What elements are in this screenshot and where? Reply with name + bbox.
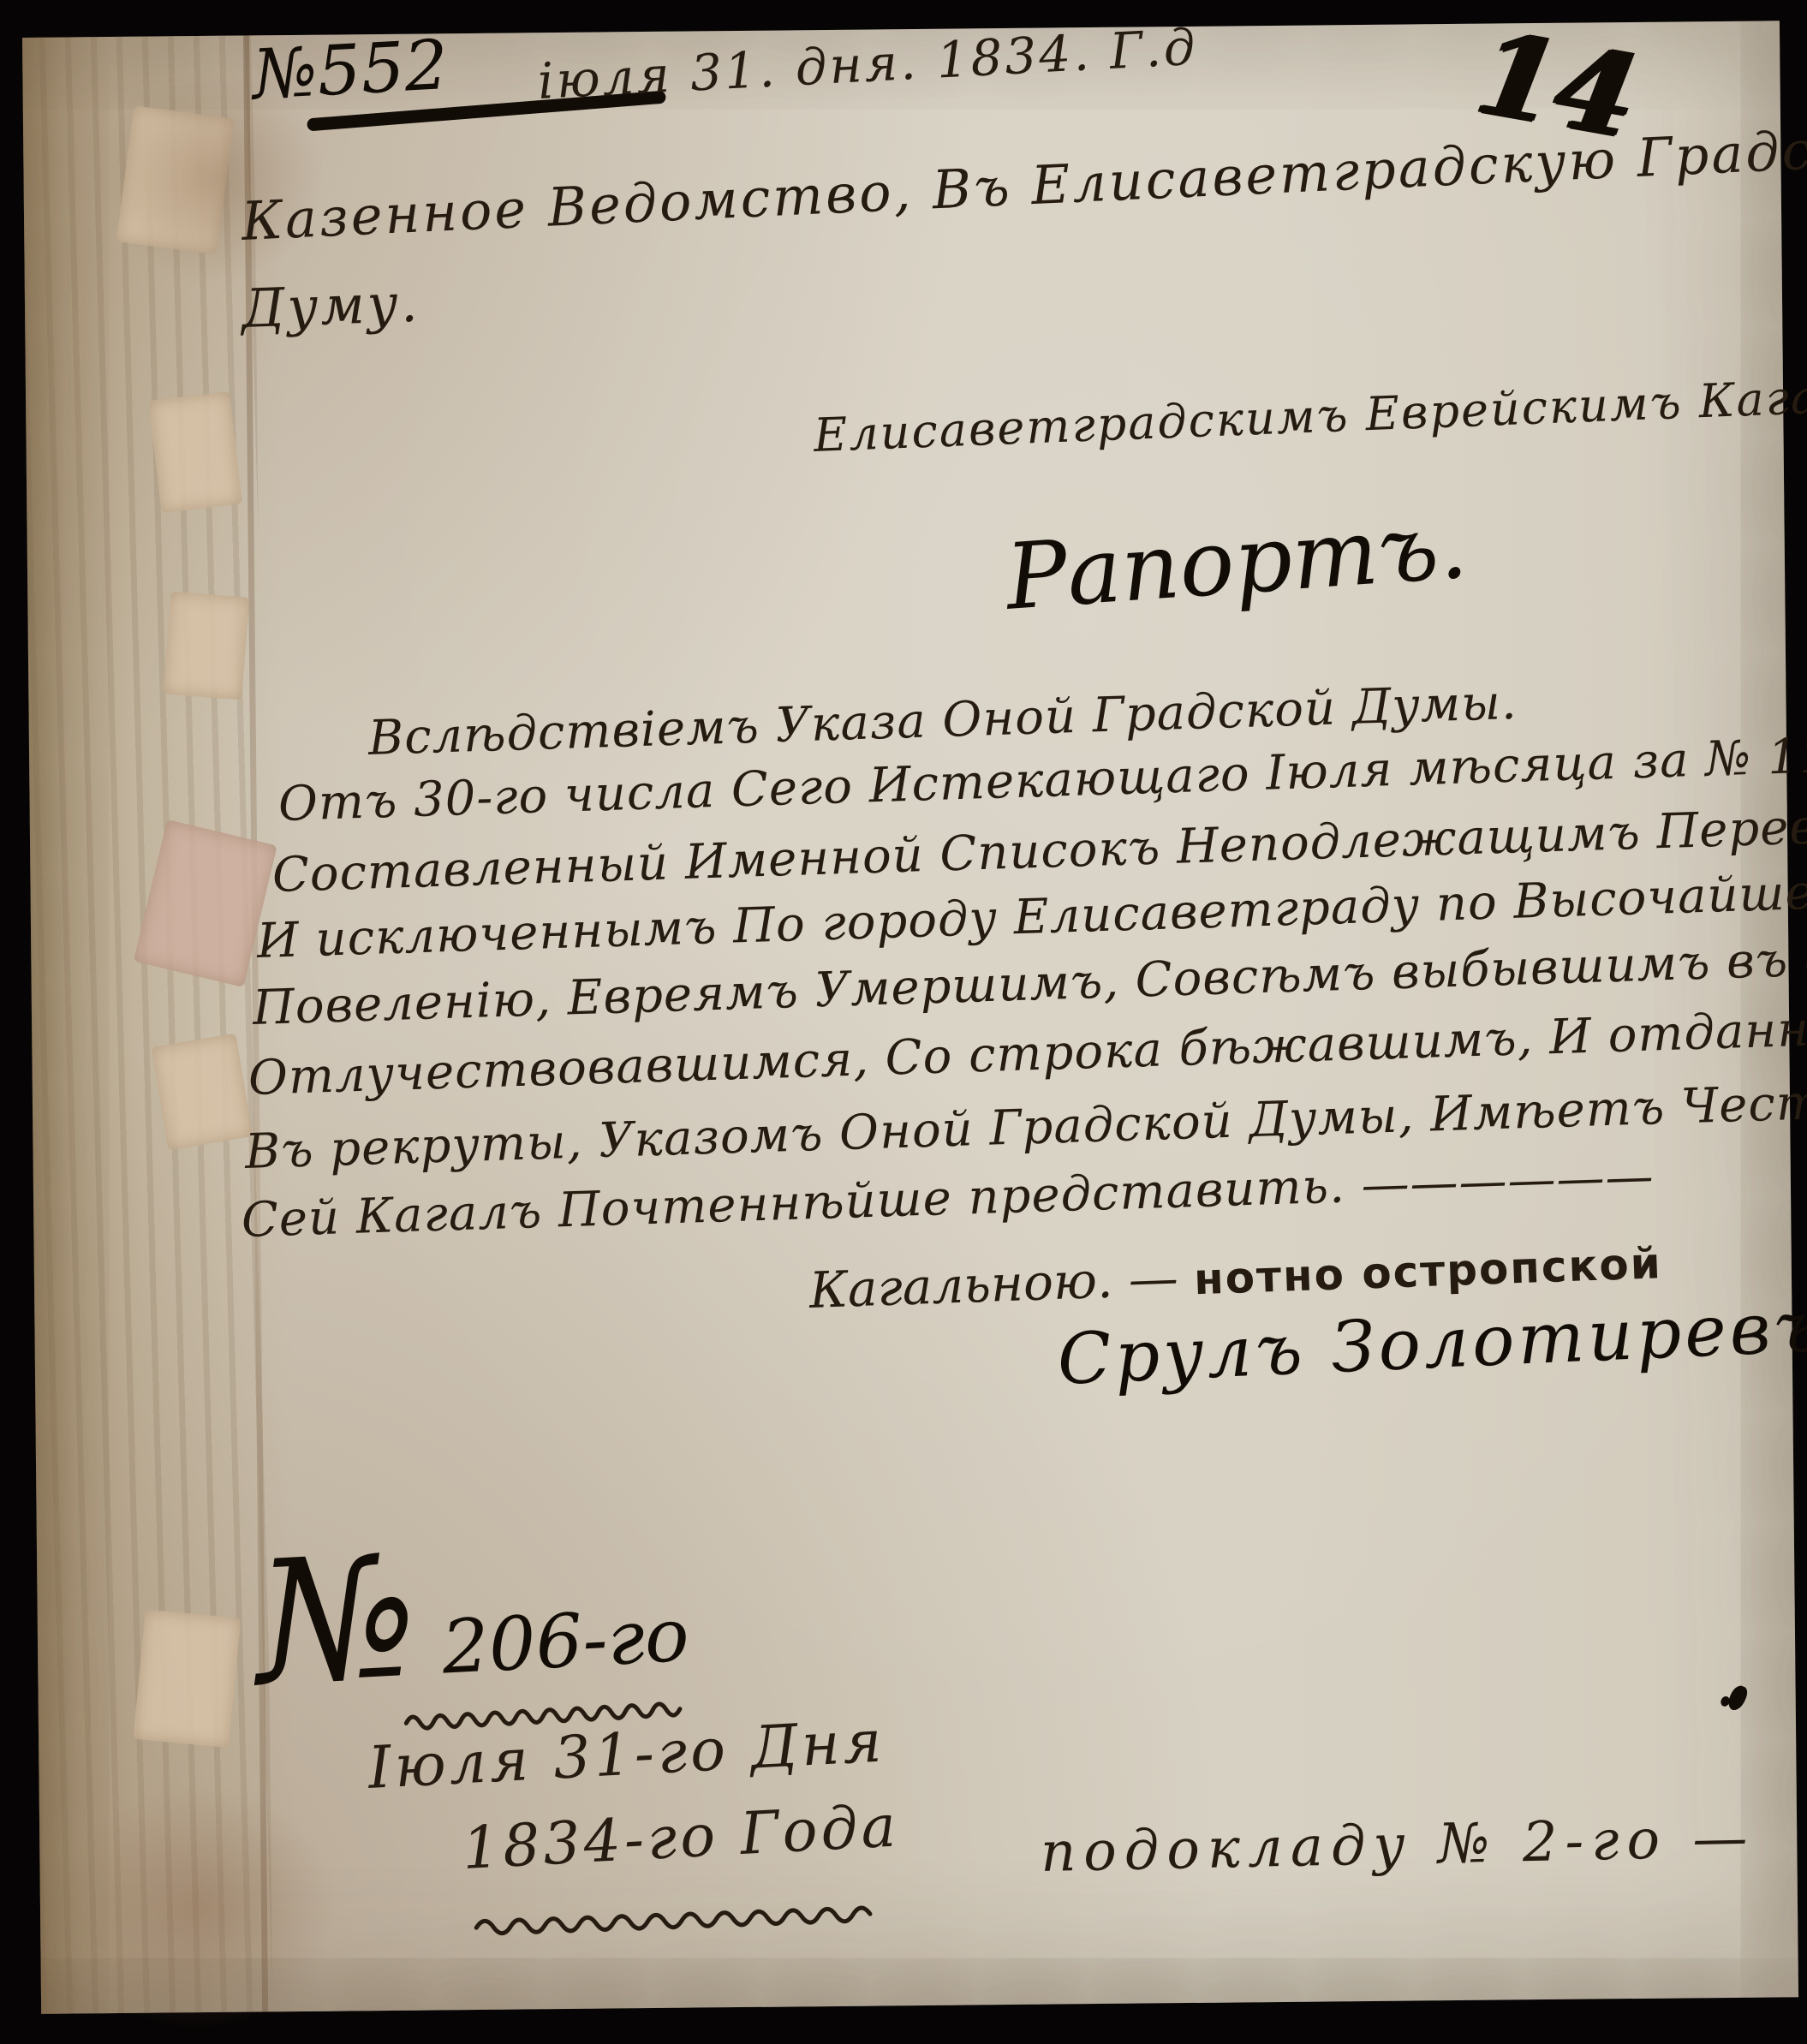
tape-patch: [148, 391, 242, 513]
photograph-of-manuscript: №552 іюля 31. дня. 1834. Г.д 14 Казенное…: [0, 0, 1807, 2044]
tape-patch: [151, 1034, 253, 1151]
paper-stain: [57, 1782, 342, 2033]
tape-patch: [163, 592, 249, 700]
addressee-line-2: Думу.: [241, 277, 420, 336]
filing-note: подокладу № 2-го —: [1040, 1811, 1756, 1880]
document-number: №552: [251, 31, 450, 110]
registration-number: № 206-го: [253, 1517, 692, 1709]
tape-patch: [133, 1609, 241, 1748]
